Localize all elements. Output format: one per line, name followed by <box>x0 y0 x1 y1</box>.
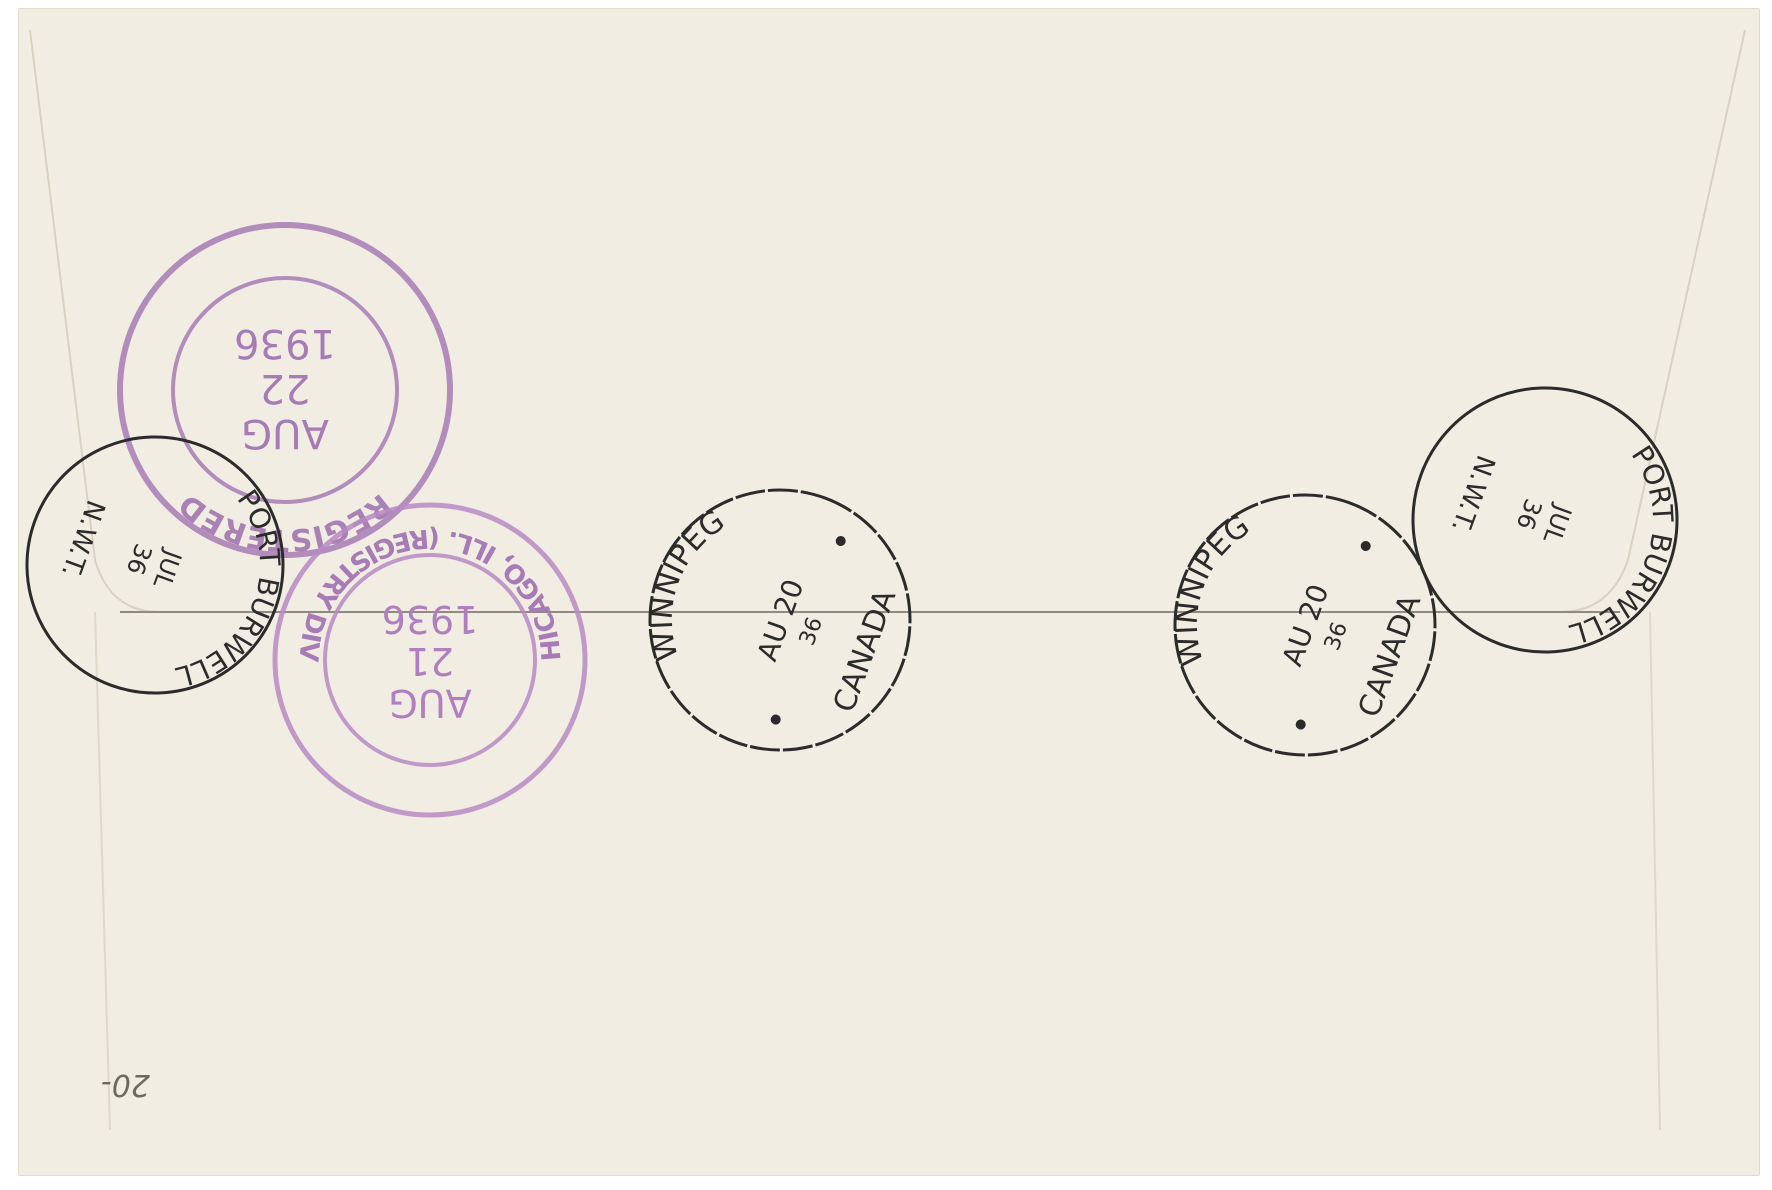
postmark-winnipeg-2: WINNIPEG AU 20 36 CANADA <box>1133 457 1471 792</box>
postmark-chicago-registry: CHICAGO, ILL. (REGISTRY DIV.) AUG 21 193… <box>275 505 585 815</box>
svg-text:1936: 1936 <box>382 597 479 641</box>
handwritten-note: 20- <box>101 1067 150 1102</box>
svg-text:36: 36 <box>1320 619 1353 654</box>
svg-text:WINNIPEG: WINNIPEG <box>1149 498 1263 679</box>
svg-text:N.W.T.: N.W.T. <box>55 496 110 581</box>
date-day: 22 <box>260 365 311 411</box>
svg-text:PORT BURWELL: PORT BURWELL <box>1557 433 1710 672</box>
svg-text:N.W.T.: N.W.T. <box>1445 451 1500 536</box>
svg-text:36: 36 <box>795 614 828 649</box>
svg-text:WINNIPEG: WINNIPEG <box>624 493 738 674</box>
date-year: 1936 <box>234 320 336 366</box>
svg-text:21: 21 <box>406 639 454 683</box>
date-month: AUG <box>241 410 329 456</box>
svg-text:CANADA: CANADA <box>827 585 904 717</box>
postmark-winnipeg-1: WINNIPEG AU 20 36 CANADA <box>608 452 946 787</box>
svg-text:CANADA: CANADA <box>1352 590 1429 722</box>
postmark-port-burwell-right: PORT BURWELL JUL 36 N.W.T. <box>1376 351 1716 690</box>
svg-text:AUG: AUG <box>388 681 471 725</box>
envelope-artwork: REGISTERED AUG 22 1936 CHICAGO, ILL. (RE… <box>0 0 1772 1190</box>
